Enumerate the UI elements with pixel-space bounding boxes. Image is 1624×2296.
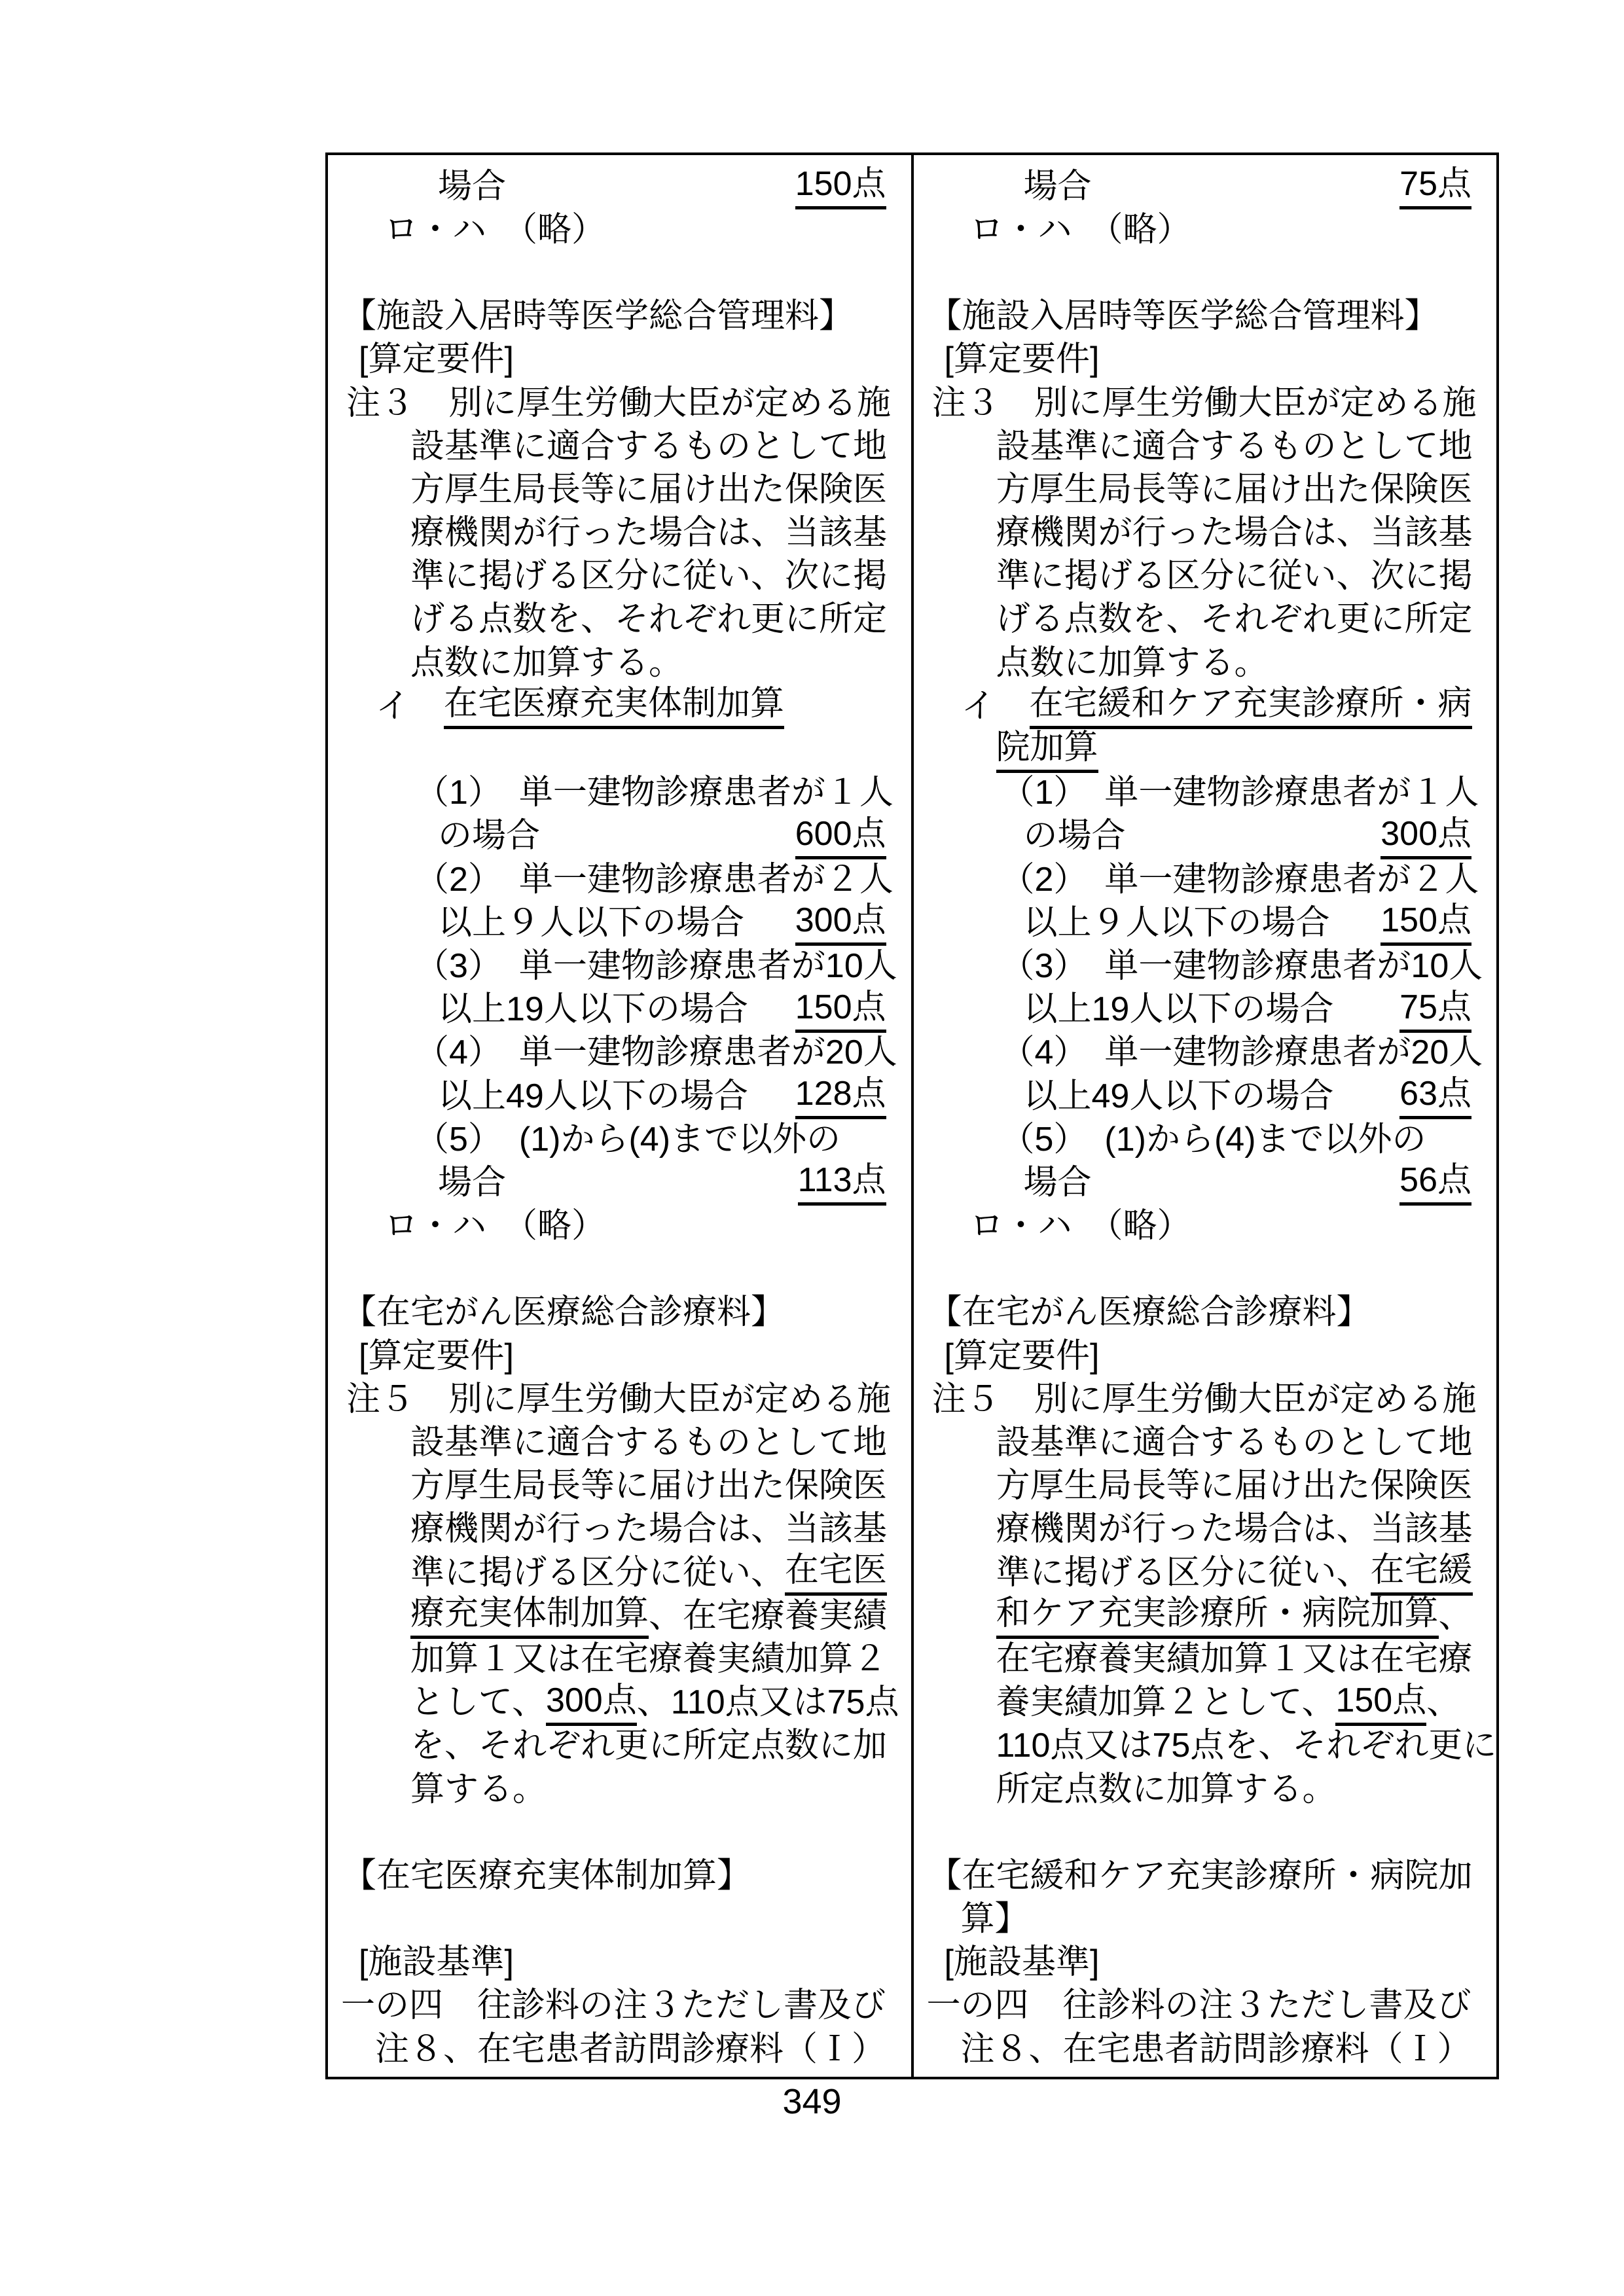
text-line <box>328 1894 911 1937</box>
text-segment: 、110点又は75点 <box>637 1674 899 1723</box>
text-line: 和ケア充実診療所・病院加算、 <box>914 1590 1497 1634</box>
text-line: 算する。 <box>328 1764 911 1807</box>
text-segment: 方厚生局長等に届け出た保険医 <box>410 461 887 511</box>
point-value: 75点 <box>1399 156 1471 209</box>
text-segment: 以上19人以下の場合 <box>1024 981 1334 1030</box>
text-line <box>328 247 911 291</box>
text-line: 【施設入居時等医学総合管理料】 <box>914 291 1497 334</box>
text-segment: ロ・ハ （略） <box>384 1198 605 1247</box>
text-line <box>328 1244 911 1287</box>
text-line: 設基準に適合するものとして地 <box>328 1417 911 1460</box>
text-segment: として、 <box>410 1674 546 1723</box>
text-segment: を、それぞれ更に所定点数に加 <box>410 1717 887 1767</box>
text-segment: 以上19人以下の場合 <box>438 981 748 1030</box>
text-line: 所定点数に加算する。 <box>914 1764 1497 1807</box>
text-segment: [算定要件] <box>945 1328 1100 1377</box>
text-line: 設基準に適合するものとして地 <box>328 421 911 464</box>
text-line: 注３ 別に厚生労働大臣が定める施 <box>914 378 1497 421</box>
text-segment: 設基準に適合するものとして地 <box>410 1414 887 1463</box>
text-line: ロ・ハ （略） <box>328 204 911 247</box>
text-line: 【施設入居時等医学総合管理料】 <box>328 291 911 334</box>
text-line: 【在宅緩和ケア充実診療所・病院加 <box>914 1850 1497 1893</box>
text-line: 場合150点 <box>328 161 911 204</box>
text-line: 療機関が行った場合は、当該基 <box>328 1504 911 1547</box>
text-segment: 設基準に適合するものとして地 <box>996 1414 1473 1463</box>
point-value: 56点 <box>1399 1152 1471 1206</box>
page-number: 349 <box>0 2081 1624 2122</box>
text-line: 注８、在宅患者訪問診療料（Ｉ） <box>914 2024 1497 2067</box>
text-line <box>914 1807 1497 1850</box>
text-segment: 方厚生局長等に届け出た保険医 <box>996 1458 1473 1507</box>
text-line: （1） 単一建物診療患者が１人 <box>328 768 911 811</box>
text-line: ロ・ハ （略） <box>914 204 1497 247</box>
text-segment: 準に掲げる区分に従い、次に掲 <box>410 548 887 597</box>
text-line: 点数に加算する。 <box>328 637 911 681</box>
text-line: 方厚生局長等に届け出た保険医 <box>328 464 911 507</box>
text-line: 場合113点 <box>328 1157 911 1200</box>
text-line: 設基準に適合するものとして地 <box>914 1417 1497 1460</box>
text-line: 【在宅がん医療総合診療料】 <box>328 1287 911 1331</box>
text-segment: 【在宅がん医療総合診療料】 <box>342 1284 785 1333</box>
text-line: [施設基準] <box>328 1937 911 1981</box>
text-segment: （5） (1)から(4)まで以外の <box>1001 1111 1426 1160</box>
text-line: 加算１又は在宅療養実績加算２ <box>328 1634 911 1677</box>
text-line: 在宅療養実績加算１又は在宅療 <box>914 1634 1497 1677</box>
text-line: 【在宅がん医療総合診療料】 <box>914 1287 1497 1331</box>
text-segment: 一の四 往診料の注３ただし書及び <box>927 1977 1471 2026</box>
text-line: 方厚生局長等に届け出た保険医 <box>914 464 1497 507</box>
text-line: 準に掲げる区分に従い、次に掲 <box>328 551 911 594</box>
text-segment: 加算１又は在宅療養実績加算２ <box>410 1631 887 1680</box>
table-column-left: 場合150点ロ・ハ （略）【施設入居時等医学総合管理料】[算定要件]注３ 別に厚… <box>328 155 914 2077</box>
point-value: 150点 <box>795 156 886 209</box>
text-segment: 設基準に適合するものとして地 <box>410 418 887 467</box>
text-segment: 準に掲げる区分に従い、次に掲 <box>996 548 1473 597</box>
text-line: 点数に加算する。 <box>914 637 1497 681</box>
text-line: 養実績加算２として、150点、 <box>914 1677 1497 1721</box>
text-segment: 以上９人以下の場合 <box>1024 895 1330 944</box>
text-segment: 所定点数に加算する。 <box>996 1761 1337 1810</box>
text-line: として、300点、110点又は75点 <box>328 1677 911 1721</box>
document-page: 場合150点ロ・ハ （略）【施設入居時等医学総合管理料】[算定要件]注３ 別に厚… <box>0 0 1624 2296</box>
text-line: 一の四 往診料の注３ただし書及び <box>328 1981 911 2024</box>
text-line: 【在宅医療充実体制加算】 <box>328 1850 911 1893</box>
text-line: 110点又は75点を、それぞれ更に <box>914 1721 1497 1764</box>
text-line: 設基準に適合するものとして地 <box>914 421 1497 464</box>
text-line: 注５ 別に厚生労働大臣が定める施 <box>328 1374 911 1417</box>
text-segment: 【在宅医療充実体制加算】 <box>342 1848 751 1897</box>
text-line: 以上９人以下の場合300点 <box>328 897 911 941</box>
text-segment: 以上49人以下の場合 <box>1024 1068 1334 1117</box>
text-line: 準に掲げる区分に従い、在宅医 <box>328 1547 911 1590</box>
text-segment: [算定要件] <box>359 331 514 380</box>
text-line: 方厚生局長等に届け出た保険医 <box>914 1461 1497 1504</box>
text-segment: 方厚生局長等に届け出た保険医 <box>996 461 1473 511</box>
text-line: （2） 単一建物診療患者が２人 <box>914 854 1497 897</box>
text-line: 以上49人以下の場合63点 <box>914 1071 1497 1114</box>
text-line <box>328 724 911 767</box>
text-line: （2） 単一建物診療患者が２人 <box>328 854 911 897</box>
text-segment: 場合 <box>1024 158 1092 207</box>
text-line: [施設基準] <box>914 1937 1497 1981</box>
text-line: [算定要件] <box>328 334 911 378</box>
text-segment: 設基準に適合するものとして地 <box>996 418 1473 467</box>
text-segment: 療機関が行った場合は、当該基 <box>410 505 887 554</box>
text-segment: 注５ 別に厚生労働大臣が定める施 <box>346 1371 891 1420</box>
text-line: 以上49人以下の場合128点 <box>328 1071 911 1114</box>
text-segment: [算定要件] <box>359 1328 514 1377</box>
text-line: 以上19人以下の場合150点 <box>328 984 911 1028</box>
text-line: [算定要件] <box>914 334 1497 378</box>
text-line: 療機関が行った場合は、当該基 <box>914 508 1497 551</box>
text-segment: 110点又は75点を、それぞれ更に <box>996 1717 1497 1767</box>
text-line: を、それぞれ更に所定点数に加 <box>328 1721 911 1764</box>
text-line: 注５ 別に厚生労働大臣が定める施 <box>914 1374 1497 1417</box>
text-line: （3） 単一建物診療患者が10人 <box>914 941 1497 984</box>
text-segment: 、在宅療養実績 <box>649 1588 887 1637</box>
text-line: （4） 単一建物診療患者が20人 <box>914 1028 1497 1071</box>
text-segment: 療機関が行った場合は、当該基 <box>996 505 1473 554</box>
text-line: （1） 単一建物診療患者が１人 <box>914 768 1497 811</box>
text-line: の場合300点 <box>914 811 1497 854</box>
comparison-table: 場合150点ロ・ハ （略）【施設入居時等医学総合管理料】[算定要件]注３ 別に厚… <box>325 152 1499 2079</box>
text-line: （5） (1)から(4)まで以外の <box>914 1114 1497 1157</box>
text-line: イ 在宅緩和ケア充実診療所・病 <box>914 681 1497 724</box>
underlined-text: 在宅医療充実体制加算 <box>444 675 784 729</box>
text-line: 一の四 往診料の注３ただし書及び <box>914 1981 1497 2024</box>
text-segment: ロ・ハ （略） <box>384 202 605 251</box>
text-line: 算】 <box>914 1894 1497 1937</box>
text-line: ロ・ハ （略） <box>328 1201 911 1244</box>
text-line: 以上９人以下の場合150点 <box>914 897 1497 941</box>
text-segment: 【在宅緩和ケア充実診療所・病院加 <box>928 1848 1473 1897</box>
text-line: 院加算 <box>914 724 1497 767</box>
text-line: 療機関が行った場合は、当該基 <box>328 508 911 551</box>
text-segment: 、 <box>1439 1588 1473 1637</box>
table-column-right: 場合75点ロ・ハ （略）【施設入居時等医学総合管理料】[算定要件]注３ 別に厚生… <box>914 155 1497 2077</box>
text-line: 場合56点 <box>914 1157 1497 1200</box>
text-segment: 養実績加算２として、 <box>996 1674 1336 1723</box>
text-segment: 以上９人以下の場合 <box>438 895 744 944</box>
text-segment: [算定要件] <box>945 331 1100 380</box>
text-line: 注８、在宅患者訪問診療料（Ｉ） <box>328 2024 911 2067</box>
text-segment: 注３ 別に厚生労働大臣が定める施 <box>346 375 891 424</box>
text-line: （5） (1)から(4)まで以外の <box>328 1114 911 1157</box>
text-line <box>328 1807 911 1850</box>
text-segment: 一の四 往診料の注３ただし書及び <box>341 1977 886 2026</box>
text-line: （3） 単一建物診療患者が10人 <box>328 941 911 984</box>
text-segment: ロ・ハ （略） <box>970 202 1191 251</box>
text-line: 準に掲げる区分に従い、在宅緩 <box>914 1547 1497 1590</box>
text-line: [算定要件] <box>914 1331 1497 1374</box>
text-segment: 注３ 別に厚生労働大臣が定める施 <box>932 375 1477 424</box>
text-segment: げる点数を、それぞれ更に所定 <box>410 591 887 640</box>
text-segment: げる点数を、それぞれ更に所定 <box>996 591 1473 640</box>
text-line: げる点数を、それぞれ更に所定 <box>328 594 911 637</box>
text-segment: [施設基準] <box>359 1934 514 1983</box>
text-line <box>914 1244 1497 1287</box>
text-segment: の場合 <box>1024 808 1126 857</box>
text-line: ロ・ハ （略） <box>914 1201 1497 1244</box>
text-line: イ 在宅医療充実体制加算 <box>328 681 911 724</box>
text-line: 療機関が行った場合は、当該基 <box>914 1504 1497 1547</box>
text-segment: 注８、在宅患者訪問診療料（Ｉ） <box>375 2021 886 2070</box>
text-segment: の場合 <box>438 808 540 857</box>
text-segment: 注８、在宅患者訪問診療料（Ｉ） <box>961 2021 1471 2070</box>
text-segment: イ <box>376 678 444 727</box>
point-value: 113点 <box>798 1152 886 1206</box>
text-line: 準に掲げる区分に従い、次に掲 <box>914 551 1497 594</box>
text-segment: ロ・ハ （略） <box>970 1198 1191 1247</box>
text-segment: 【施設入居時等医学総合管理料】 <box>928 288 1439 337</box>
text-segment: 【施設入居時等医学総合管理料】 <box>342 288 853 337</box>
text-line: の場合600点 <box>328 811 911 854</box>
text-line: 場合75点 <box>914 161 1497 204</box>
text-segment: 【在宅がん医療総合診療料】 <box>928 1284 1371 1333</box>
text-segment: 、 <box>1426 1674 1460 1723</box>
text-segment: 方厚生局長等に届け出た保険医 <box>410 1458 887 1507</box>
text-segment: 以上49人以下の場合 <box>438 1068 748 1117</box>
text-segment: 場合 <box>438 1155 506 1204</box>
text-segment: 場合 <box>438 158 506 207</box>
text-segment: （5） (1)から(4)まで以外の <box>415 1111 840 1160</box>
text-segment: 場合 <box>1024 1155 1092 1204</box>
text-line: げる点数を、それぞれ更に所定 <box>914 594 1497 637</box>
text-segment: 注５ 別に厚生労働大臣が定める施 <box>932 1371 1477 1420</box>
text-segment: [施設基準] <box>945 1934 1100 1983</box>
text-line: 療充実体制加算、在宅療養実績 <box>328 1590 911 1634</box>
text-line: 以上19人以下の場合75点 <box>914 984 1497 1028</box>
text-line: 方厚生局長等に届け出た保険医 <box>328 1461 911 1504</box>
text-line: [算定要件] <box>328 1331 911 1374</box>
text-line: 注３ 別に厚生労働大臣が定める施 <box>328 378 911 421</box>
text-line: （4） 単一建物診療患者が20人 <box>328 1028 911 1071</box>
text-line <box>914 247 1497 291</box>
text-segment: 算】 <box>961 1891 1029 1940</box>
text-segment: 算する。 <box>410 1761 547 1810</box>
